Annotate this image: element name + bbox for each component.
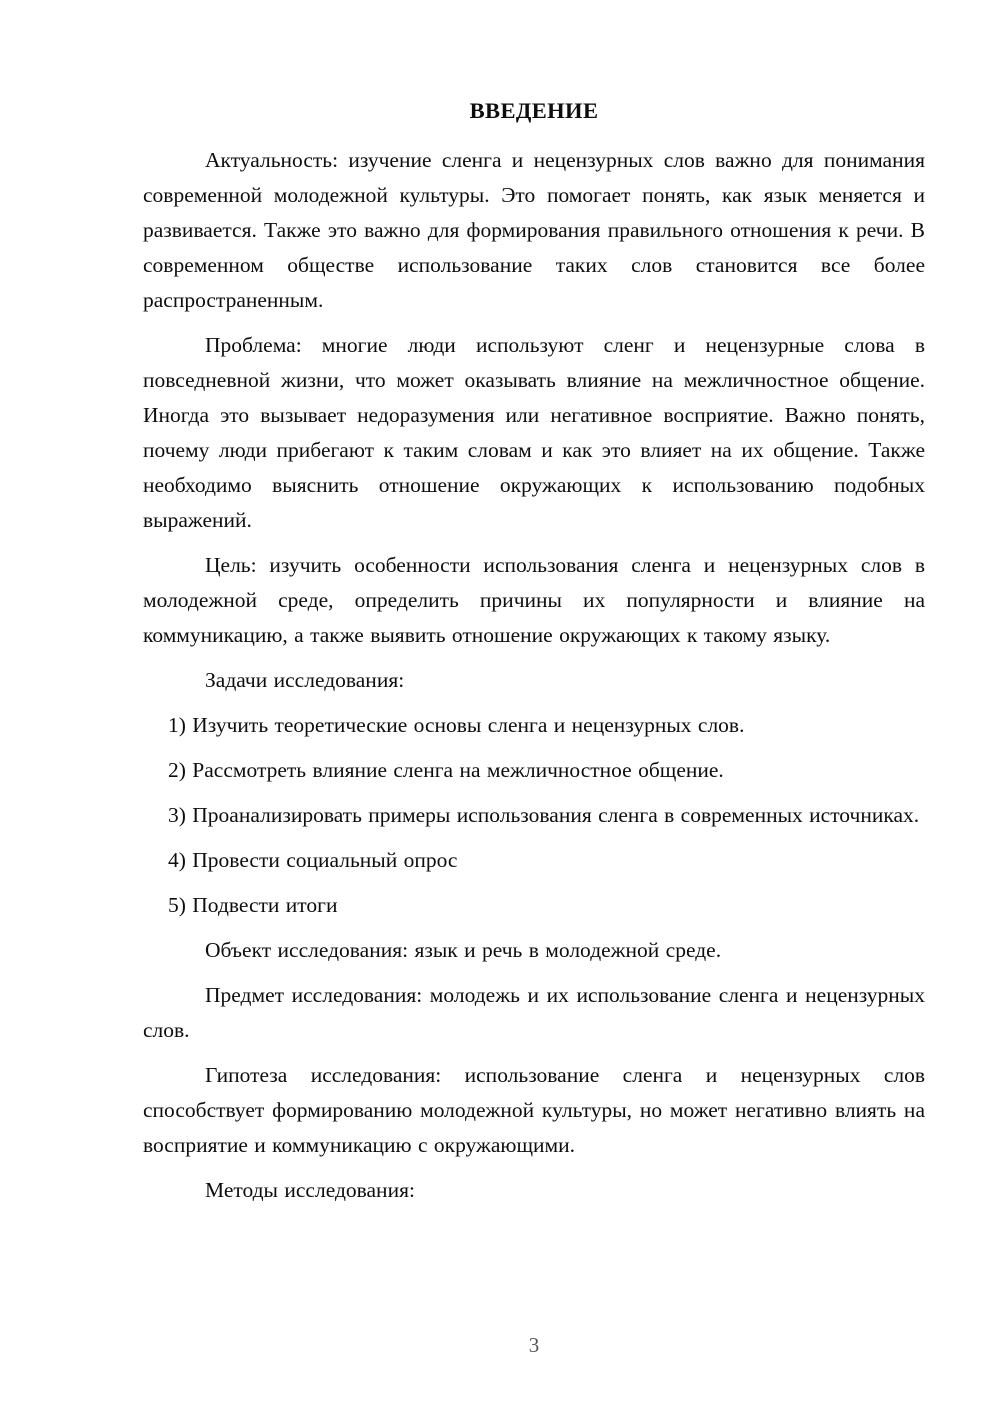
paragraph-hypothesis: Гипотеза исследования: использование сле…: [143, 1058, 925, 1163]
paragraph-subject: Предмет исследования: молодежь и их испо…: [143, 978, 925, 1048]
task-item-5: 5) Подвести итоги: [143, 888, 925, 923]
tasks-heading: Задачи исследования:: [143, 663, 925, 698]
task-item-2: 2) Рассмотреть влияние сленга на межличн…: [143, 753, 925, 788]
task-item-3: 3) Проанализировать примеры использовани…: [143, 798, 925, 833]
paragraph-object: Объект исследования: язык и речь в молод…: [143, 933, 925, 968]
task-item-4: 4) Провести социальный опрос: [143, 843, 925, 878]
task-item-1: 1) Изучить теоретические основы сленга и…: [143, 708, 925, 743]
paragraph-relevance: Актуальность: изучение сленга и нецензур…: [143, 143, 925, 318]
document-page: ВВЕДЕНИЕ Актуальность: изучение сленга и…: [0, 0, 1000, 1414]
paragraph-methods-heading: Методы исследования:: [143, 1173, 925, 1208]
page-number: 3: [143, 1328, 925, 1363]
page-title: ВВЕДЕНИЕ: [143, 93, 925, 128]
paragraph-goal: Цель: изучить особенности использования …: [143, 548, 925, 653]
paragraph-problem: Проблема: многие люди используют сленг и…: [143, 328, 925, 538]
